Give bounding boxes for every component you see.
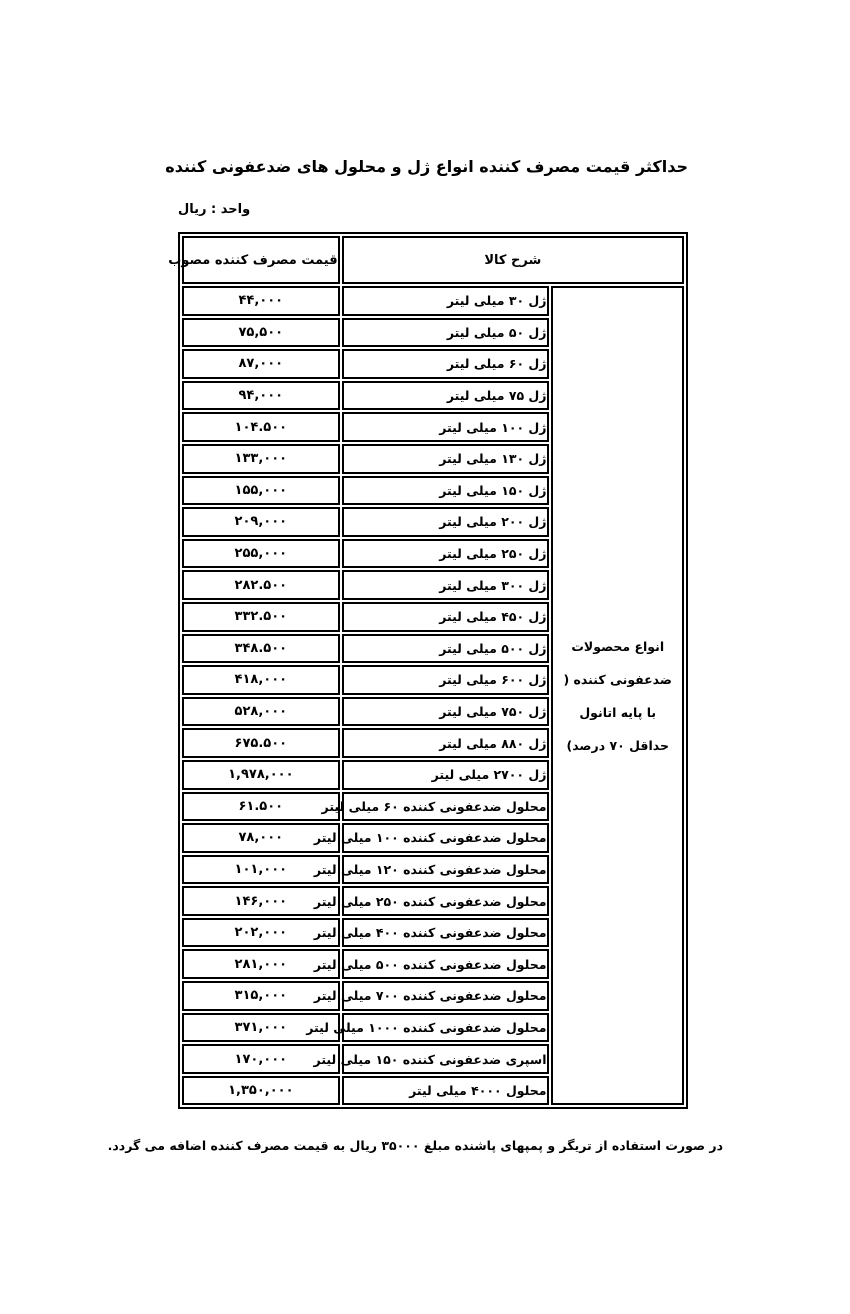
product-description-cell: ژل ۲۰۰ میلی لیتر	[342, 507, 550, 537]
price-cell: ۱۰۴.۵۰۰	[182, 412, 340, 442]
price-cell: ۳۳۲.۵۰۰	[182, 602, 340, 632]
product-description-cell: محلول ضدعفونی کننده ۵۰۰ میلی لیتر	[342, 949, 550, 979]
product-description-cell: محلول ضدعفونی کننده ۱۰۰ میلی لیتر	[342, 823, 550, 853]
product-description-cell: محلول ضدعفونی کننده ۴۰۰ میلی لیتر	[342, 918, 550, 948]
footnote: در صورت استفاده از تریگر و پمپهای پاشنده…	[108, 1138, 723, 1153]
price-cell: ۹۴,۰۰۰	[182, 381, 340, 411]
price-cell: ۱۳۳,۰۰۰	[182, 444, 340, 474]
product-description-cell: ژل ۵۰ میلی لیتر	[342, 318, 550, 348]
price-cell: ۱۵۵,۰۰۰	[182, 476, 340, 506]
price-cell: ۸۷,۰۰۰	[182, 349, 340, 379]
product-description-cell: محلول ضدعفونی کننده ۱۲۰ میلی لیتر	[342, 855, 550, 885]
product-description-cell: محلول ضدعفونی کننده ۶۰ میلی لیتر	[342, 792, 550, 822]
product-description-cell: ژل ۳۰ میلی لیتر	[342, 286, 550, 316]
price-cell: ۴۴,۰۰۰	[182, 286, 340, 316]
price-cell: ۲۸۲.۵۰۰	[182, 570, 340, 600]
price-cell: ۳۴۸.۵۰۰	[182, 634, 340, 664]
product-description-cell: ژل ۱۰۰ میلی لیتر	[342, 412, 550, 442]
price-cell: ۶۱.۵۰۰	[182, 792, 340, 822]
product-description-cell: اسپری ضدعفونی کننده ۱۵۰ میلی لیتر	[342, 1044, 550, 1074]
product-description-cell: ژل ۳۰۰ میلی لیتر	[342, 570, 550, 600]
product-description-cell: ژل ۱۳۰ میلی لیتر	[342, 444, 550, 474]
product-description-cell: محلول ۴۰۰۰ میلی لیتر	[342, 1076, 550, 1106]
price-cell: ۷۵,۵۰۰	[182, 318, 340, 348]
product-description-cell: ژل ۵۰۰ میلی لیتر	[342, 634, 550, 664]
price-cell: ۲۰۹,۰۰۰	[182, 507, 340, 537]
product-header-cell: شرح کالا	[342, 236, 684, 284]
price-header-cell: قیمت مصرف کننده مصوب	[182, 236, 340, 284]
price-cell: ۲۵۵,۰۰۰	[182, 539, 340, 569]
category-cell: انواع محصولات ضدعفونی کننده ( با پایه ات…	[551, 286, 684, 1105]
price-table: شرح کالا قیمت مصرف کننده مصوب انواع محصو…	[178, 232, 688, 1109]
table-row: انواع محصولات ضدعفونی کننده ( با پایه ات…	[182, 286, 684, 316]
product-description-cell: محلول ضدعفونی کننده ۲۵۰ میلی لیتر	[342, 886, 550, 916]
price-cell: ۱,۹۷۸,۰۰۰	[182, 760, 340, 790]
price-cell: ۶۷۵.۵۰۰	[182, 728, 340, 758]
product-description-cell: ژل ۷۵۰ میلی لیتر	[342, 697, 550, 727]
product-description-cell: ژل ۴۵۰ میلی لیتر	[342, 602, 550, 632]
price-table-body: انواع محصولات ضدعفونی کننده ( با پایه ات…	[182, 286, 684, 1105]
table-header-row: شرح کالا قیمت مصرف کننده مصوب	[182, 236, 684, 284]
product-description-cell: ژل ۲۵۰ میلی لیتر	[342, 539, 550, 569]
product-description-cell: محلول ضدعفونی کننده ۱۰۰۰ میلی لیتر	[342, 1013, 550, 1043]
product-description-cell: ژل ۸۸۰ میلی لیتر	[342, 728, 550, 758]
product-description-cell: ژل ۲۷۰۰ میلی لیتر	[342, 760, 550, 790]
unit-label: واحد : ریال	[178, 202, 250, 217]
product-description-cell: ژل ۷۵ میلی لیتر	[342, 381, 550, 411]
price-cell: ۴۱۸,۰۰۰	[182, 665, 340, 695]
price-cell: ۱,۳۵۰,۰۰۰	[182, 1076, 340, 1106]
product-description-cell: محلول ضدعفونی کننده ۷۰۰ میلی لیتر	[342, 981, 550, 1011]
page-title: حداکثر قیمت مصرف کننده انواع ژل و محلول …	[178, 157, 688, 176]
product-description-cell: ژل ۶۰۰ میلی لیتر	[342, 665, 550, 695]
price-cell: ۵۲۸,۰۰۰	[182, 697, 340, 727]
product-description-cell: ژل ۱۵۰ میلی لیتر	[342, 476, 550, 506]
product-description-cell: ژل ۶۰ میلی لیتر	[342, 349, 550, 379]
